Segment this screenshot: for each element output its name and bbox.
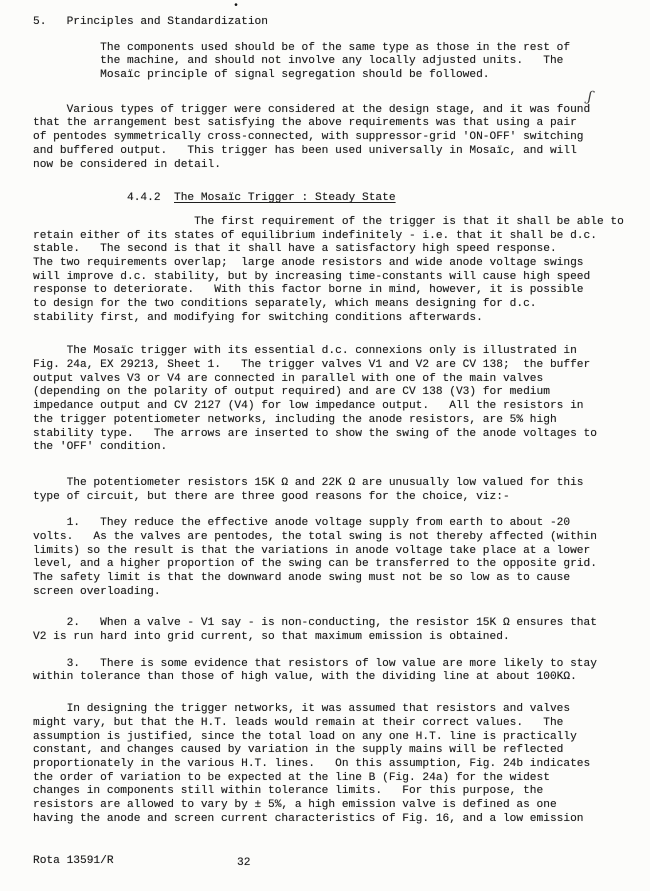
subsection-heading: 4.4.2 The Mosaïc Trigger : Steady State xyxy=(33,192,650,206)
paragraph: The potentiometer resistors 15K Ω and 22… xyxy=(33,477,650,504)
underlined-heading-text: The Mosaïc Trigger : Steady State xyxy=(174,192,396,204)
text-line: within tolerance than those of high valu… xyxy=(33,671,650,685)
text-line: Fig. 24a, EX 29213, Sheet 1. The trigger… xyxy=(33,359,650,373)
text-line: stable. The second is that it shall have… xyxy=(33,243,650,257)
indented-paragraph: The components used should be of the sam… xyxy=(33,42,650,83)
text-line: The potentiometer resistors 15K Ω and 22… xyxy=(33,477,650,491)
text-line: Various types of trigger were considered… xyxy=(33,104,650,118)
paragraph: Various types of trigger were considered… xyxy=(33,104,650,172)
text-line: response to deteriorate. With this facto… xyxy=(33,284,650,298)
text-line: 4.4.2 The Mosaïc Trigger : Steady State xyxy=(33,192,650,206)
paragraph: The first requirement of the trigger is … xyxy=(33,216,650,326)
text-line: constant, and changes caused by variatio… xyxy=(33,744,650,758)
text-line: that the arrangement best satisfying the… xyxy=(33,117,650,131)
text-line: the machine, and should not involve any … xyxy=(33,55,650,69)
doc-reference: Rota 13591/R xyxy=(33,855,114,867)
text-line: V2 is run hard into grid current, so tha… xyxy=(33,631,650,645)
text-line: the trigger potentiometer networks, incl… xyxy=(33,414,650,428)
text-line: The safety limit is that the downward an… xyxy=(33,572,650,586)
paragraph: The Mosaïc trigger with its essential d.… xyxy=(33,345,650,455)
text-line: (depending on the polarity of output req… xyxy=(33,386,650,400)
text-line: the order of variation to be expected at… xyxy=(33,772,650,786)
page-number: 32 xyxy=(237,857,250,869)
text-line: impedance output and CV 2127 (V4) for lo… xyxy=(33,400,650,414)
paragraph: In designing the trigger networks, it wa… xyxy=(33,703,650,826)
list-item: 2. When a valve - V1 say - is non-conduc… xyxy=(33,617,650,644)
list-item: 1. They reduce the effective anode volta… xyxy=(33,517,650,599)
text-line: level, and a higher proportion of the sw… xyxy=(33,558,650,572)
text-line: The components used should be of the sam… xyxy=(33,42,650,56)
text-line: stability first, and modifying for switc… xyxy=(33,312,650,326)
text-line: proportionately in the various H.T. line… xyxy=(33,758,650,772)
text-line: changes in components still within toler… xyxy=(33,785,650,799)
text-line: and buffered output. This trigger has be… xyxy=(33,145,650,159)
text-line: now be considered in detail. xyxy=(33,159,650,173)
document-body: 5. Principles and Standardization The co… xyxy=(33,16,650,826)
text-line: resistors are allowed to vary by ± 5%, a… xyxy=(33,799,650,813)
text-line: having the anode and screen current char… xyxy=(33,813,650,827)
heading-number: 4.4.2 xyxy=(33,192,174,204)
ink-dot-mark: • xyxy=(233,1,239,12)
text-line: 2. When a valve - V1 say - is non-conduc… xyxy=(33,617,650,631)
text-line: The two requirements overlap; large anod… xyxy=(33,257,650,271)
text-line: The first requirement of the trigger is … xyxy=(33,216,650,230)
text-line: type of circuit, but there are three goo… xyxy=(33,491,650,505)
text-line: might vary, but that the H.T. leads woul… xyxy=(33,717,650,731)
text-line: volts. As the valves are pentodes, the t… xyxy=(33,531,650,545)
text-line: screen overloading. xyxy=(33,586,650,600)
text-line: Mosaïc principle of signal segregation s… xyxy=(33,69,650,83)
text-line: the 'OFF' condition. xyxy=(33,441,650,455)
section-heading: 5. Principles and Standardization xyxy=(33,16,650,30)
text-line: 3. There is some evidence that resistors… xyxy=(33,658,650,672)
document-page: • ʃ 5. Principles and Standardization Th… xyxy=(0,0,650,891)
text-line: stability type. The arrows are inserted … xyxy=(33,428,650,442)
text-line: to design for the two conditions separat… xyxy=(33,298,650,312)
text-line: limits) so the result is that the variat… xyxy=(33,545,650,559)
text-line: output valves V3 or V4 are connected in … xyxy=(33,373,650,387)
text-line: 5. Principles and Standardization xyxy=(33,16,650,30)
text-line: of pentodes symmetrically cross-connecte… xyxy=(33,131,650,145)
text-line: The Mosaïc trigger with its essential d.… xyxy=(33,345,650,359)
text-line: assumption is justified, since the total… xyxy=(33,731,650,745)
text-line: 1. They reduce the effective anode volta… xyxy=(33,517,650,531)
text-line: retain either of its states of equilibri… xyxy=(33,230,650,244)
text-line: will improve d.c. stability, but by incr… xyxy=(33,271,650,285)
list-item: 3. There is some evidence that resistors… xyxy=(33,658,650,685)
text-line: In designing the trigger networks, it wa… xyxy=(33,703,650,717)
